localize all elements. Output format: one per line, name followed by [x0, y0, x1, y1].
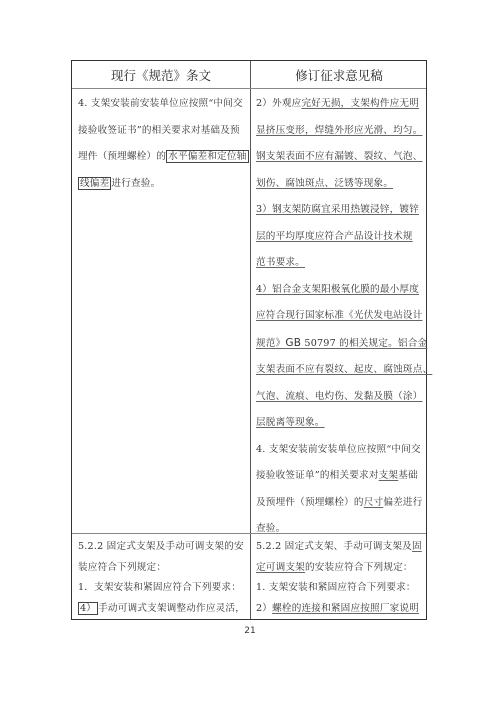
- row1-current-text: 4. 支架安装前安装单位应按照“中间交接验收签证书”的相关要求对基础及预埋件（预…: [78, 91, 248, 197]
- text-line: 范书要求。: [256, 250, 424, 277]
- text-segment: 2）: [256, 603, 272, 614]
- text-line: 规范》GB 50797 的相关规定。铝合金: [256, 330, 424, 358]
- revised-text-underlined: 4）铝合金支架阳极氧化膜的最小厚度: [256, 284, 419, 295]
- text-line: 2）螺栓的连接和紧固应按照厂家说明: [256, 599, 424, 620]
- revised-text-underlined: 层脱离等现象。: [256, 417, 325, 428]
- text-line: 3）钢支架防腐宜采用热镀浸锌，镀锌: [256, 197, 424, 224]
- row1-revised-text: 2）外观应完好无损，支架构件应无明显挤压变形，焊缝外形应光滑、均匀。钢支架表面不…: [256, 91, 424, 543]
- highlighted-text-boxed: 4）: [78, 602, 98, 615]
- revised-text-underlined: 应符合现行国家标准《光伏发电站设计: [256, 310, 423, 321]
- text-line: 显挤压变形，焊缝外形应光滑、均匀。: [256, 118, 424, 145]
- revised-text-underlined: 气泡、流痕、电灼伤、发黏及膜（涂）: [256, 391, 423, 402]
- revised-text-underlined: 规范》: [256, 338, 285, 349]
- text-line: 及预埋件（预埋螺栓）的尺寸偏差进行: [256, 490, 424, 517]
- row2-current-text: 5.2.2 固定式支架及手动可调支架的安装应符合下列规定：1．支架安装和紧固应符…: [78, 537, 248, 619]
- revised-text-underlined: 定可调支架: [256, 562, 305, 573]
- comparison-table: 现行《规范》条文 修订征求意见稿 4. 支架安装前安装单位应按照“中间交接验收签…: [71, 60, 427, 620]
- revised-text-underlined: 尺寸: [364, 497, 384, 508]
- text-line: 应符合现行国家标准《光伏发电站设计: [256, 303, 424, 330]
- highlighted-text-boxed: 线偏差: [78, 177, 111, 190]
- text-line: 2）外观应完好无损，支架构件应无明: [256, 91, 424, 118]
- text-line: 4. 支架安装前安装单位应按照“中间交: [256, 437, 424, 464]
- text-segment: 的安装应符合下列规定：: [305, 562, 413, 573]
- page-number: 21: [0, 626, 500, 636]
- text-line: 钢支架表面不应有漏镀、裂纹、气泡、: [256, 144, 424, 171]
- revised-text-underlined: 层的平均厚度应符合产品设计技术规: [256, 231, 413, 242]
- text-line: 5.2.2 固定式支架及手动可调支架的安: [78, 537, 248, 558]
- header-revised-draft: 修订征求意见稿: [251, 61, 427, 89]
- text-line: 4）手动可调式支架调整动作应灵活，: [78, 599, 248, 620]
- text-segment: 查验。: [256, 523, 285, 534]
- text-line: 埋件（预埋螺栓）的水平偏差和定位轴: [78, 144, 248, 171]
- text-segment: 手动可调式支架调整动作应灵活，: [98, 603, 245, 614]
- text-segment: 偏差进行: [383, 497, 422, 508]
- revised-text-underlined: 完好无损，支架构件应无明: [301, 98, 419, 109]
- text-segment: 接验收签证单”的相关要求对: [256, 470, 379, 481]
- text-line: 装应符合下列规定：: [78, 558, 248, 579]
- revised-text-underlined: 螺栓的连接和紧固应按照厂家说明: [272, 603, 419, 614]
- revised-text-underlined: 显挤压变形，焊缝外形应光滑、均匀。: [256, 125, 423, 136]
- text-line: 接验收签证单”的相关要求对支架基础: [256, 463, 424, 490]
- text-segment: 埋件（预埋螺栓）的: [78, 151, 166, 162]
- text-line: 接验收签证书”的相关要求对基础及预: [78, 118, 248, 145]
- text-segment: 1. 支架安装和紧固应符合下列要求：: [256, 582, 416, 593]
- text-line: 线偏差进行查验。: [78, 171, 248, 198]
- column-divider: [250, 61, 251, 619]
- text-line: 划伤、腐蚀斑点、泛锈等现象。: [256, 171, 424, 198]
- text-line: 1．支架安装和紧固应符合下列要求：: [78, 578, 248, 599]
- revised-text-underlined: 支架表面不应有裂纹、起皮、腐蚀斑点、: [256, 364, 432, 375]
- revised-text-underlined: 范书要求。: [256, 257, 305, 268]
- text-line: 层脱离等现象。: [256, 410, 424, 437]
- text-line: 气泡、流痕、电灼伤、发黏及膜（涂）: [256, 384, 424, 411]
- text-line: 1. 支架安装和紧固应符合下列要求：: [256, 578, 424, 599]
- text-line: 4）铝合金支架阳极氧化膜的最小厚度: [256, 277, 424, 304]
- row2-revised-text: 5.2.2 固定式支架、手动可调支架及固定可调支架的安装应符合下列规定：1. 支…: [256, 537, 424, 619]
- revised-text-underlined: GB: [285, 337, 301, 349]
- text-segment: 及预埋件（预埋螺栓）的: [256, 497, 364, 508]
- text-line: 定可调支架的安装应符合下列规定：: [256, 558, 424, 579]
- revised-text-underlined: 划伤、腐蚀斑点、泛锈等现象。: [256, 178, 393, 189]
- text-segment: 4. 支架安装前安装单位应按照“中间交: [78, 98, 243, 109]
- text-segment: 4. 支架安装前安装单位应按照“中间交: [256, 444, 421, 455]
- revised-text-underlined: 固: [412, 541, 422, 552]
- text-segment: 装应符合下列规定：: [78, 562, 166, 573]
- text-segment: 基础: [398, 470, 418, 481]
- revised-text-underlined: 钢支架表面不应有漏镀、裂纹、气泡、: [256, 151, 423, 162]
- revised-text-underlined: 50797 的相关规定。铝合金: [301, 338, 427, 349]
- text-line: 层的平均厚度应符合产品设计技术规: [256, 224, 424, 251]
- highlighted-text-boxed: 水平偏差和定位轴: [166, 150, 248, 163]
- text-segment: 5.2.2 固定式支架及手动可调支架的安: [78, 541, 244, 552]
- text-segment: 2）外观应: [256, 98, 301, 109]
- header-current-spec: 现行《规范》条文: [72, 61, 250, 89]
- revised-text-underlined: 3）钢支架防腐宜采用热镀浸锌，镀锌: [256, 204, 419, 215]
- text-line: 支架表面不应有裂纹、起皮、腐蚀斑点、: [256, 357, 424, 384]
- document-page: 现行《规范》条文 修订征求意见稿 4. 支架安装前安装单位应按照“中间交接验收签…: [0, 0, 500, 707]
- text-line: 4. 支架安装前安装单位应按照“中间交: [78, 91, 248, 118]
- text-segment: 1．支架安装和紧固应符合下列要求：: [78, 582, 241, 593]
- text-segment: 进行查验。: [111, 178, 160, 189]
- text-line: 5.2.2 固定式支架、手动可调支架及固: [256, 537, 424, 558]
- text-segment: 5.2.2 固定式支架、手动可调支架及: [256, 541, 412, 552]
- text-segment: 接验收签证书”的相关要求对基础及预: [78, 125, 240, 136]
- revised-text-underlined: 支架: [379, 470, 399, 481]
